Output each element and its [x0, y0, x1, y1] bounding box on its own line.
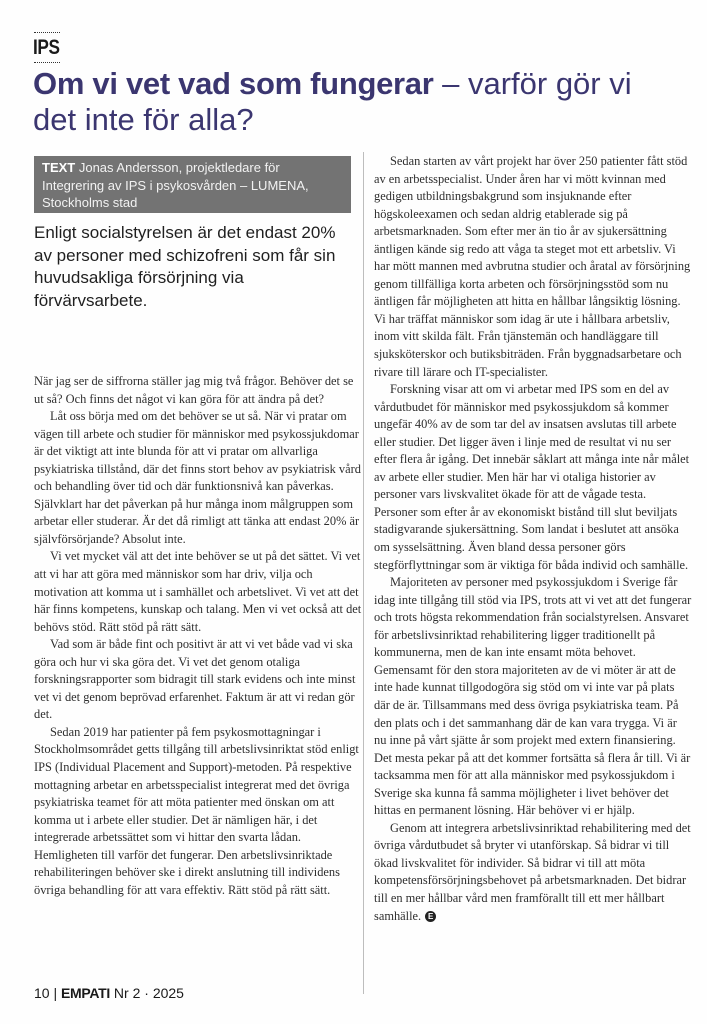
section-dots-bottom: [34, 62, 60, 63]
ingress: Enligt socialstyrelsen är det endast 20%…: [34, 222, 354, 312]
headline: Om vi vet vad som fungerar – varför gör …: [33, 66, 683, 138]
section-label: IPS: [33, 36, 60, 60]
paragraph: Vad som är både fint och positivt är att…: [34, 636, 364, 724]
paragraph: Sedan starten av vårt projekt har över 2…: [374, 153, 692, 381]
paragraph-last: Genom att integrera arbetslivsinriktad r…: [374, 820, 692, 925]
section-dots-top: [34, 32, 60, 33]
footer-separator: |: [50, 985, 61, 1001]
paragraph: Sedan 2019 har patienter på fem psykosmo…: [34, 724, 364, 899]
paragraph: Majoriteten av personer med psykossjukdo…: [374, 574, 692, 820]
byline-tag: TEXT: [42, 160, 75, 175]
magazine-brand: EMPATI: [61, 985, 110, 1001]
page-number: 10: [34, 985, 50, 1001]
paragraph: Låt oss börja med om det behöver se ut s…: [34, 408, 364, 548]
paragraph: Vi vet mycket väl att det inte behöver s…: [34, 548, 364, 636]
left-column: När jag ser de siffrorna ställer jag mig…: [34, 373, 364, 899]
byline-box: TEXT Jonas Andersson, projektledare för …: [34, 156, 351, 213]
paragraph-text: Genom att integrera arbetslivsinriktad r…: [374, 821, 691, 923]
issue-year: 2025: [153, 985, 184, 1001]
page-footer: 10 | EMPATI Nr 2 · 2025: [34, 985, 184, 1001]
paragraph: Forskning visar att om vi arbetar med IP…: [374, 381, 692, 574]
footer-dot: ·: [140, 985, 152, 1001]
right-column: Sedan starten av vårt projekt har över 2…: [374, 153, 692, 925]
issue-number: Nr 2: [110, 985, 140, 1001]
paragraph: När jag ser de siffrorna ställer jag mig…: [34, 373, 364, 408]
column-divider: [363, 152, 364, 994]
end-mark-icon: E: [425, 911, 436, 922]
byline-text: Jonas Andersson, projektledare för Integ…: [42, 160, 309, 210]
headline-strong: Om vi vet vad som fungerar: [33, 66, 434, 101]
